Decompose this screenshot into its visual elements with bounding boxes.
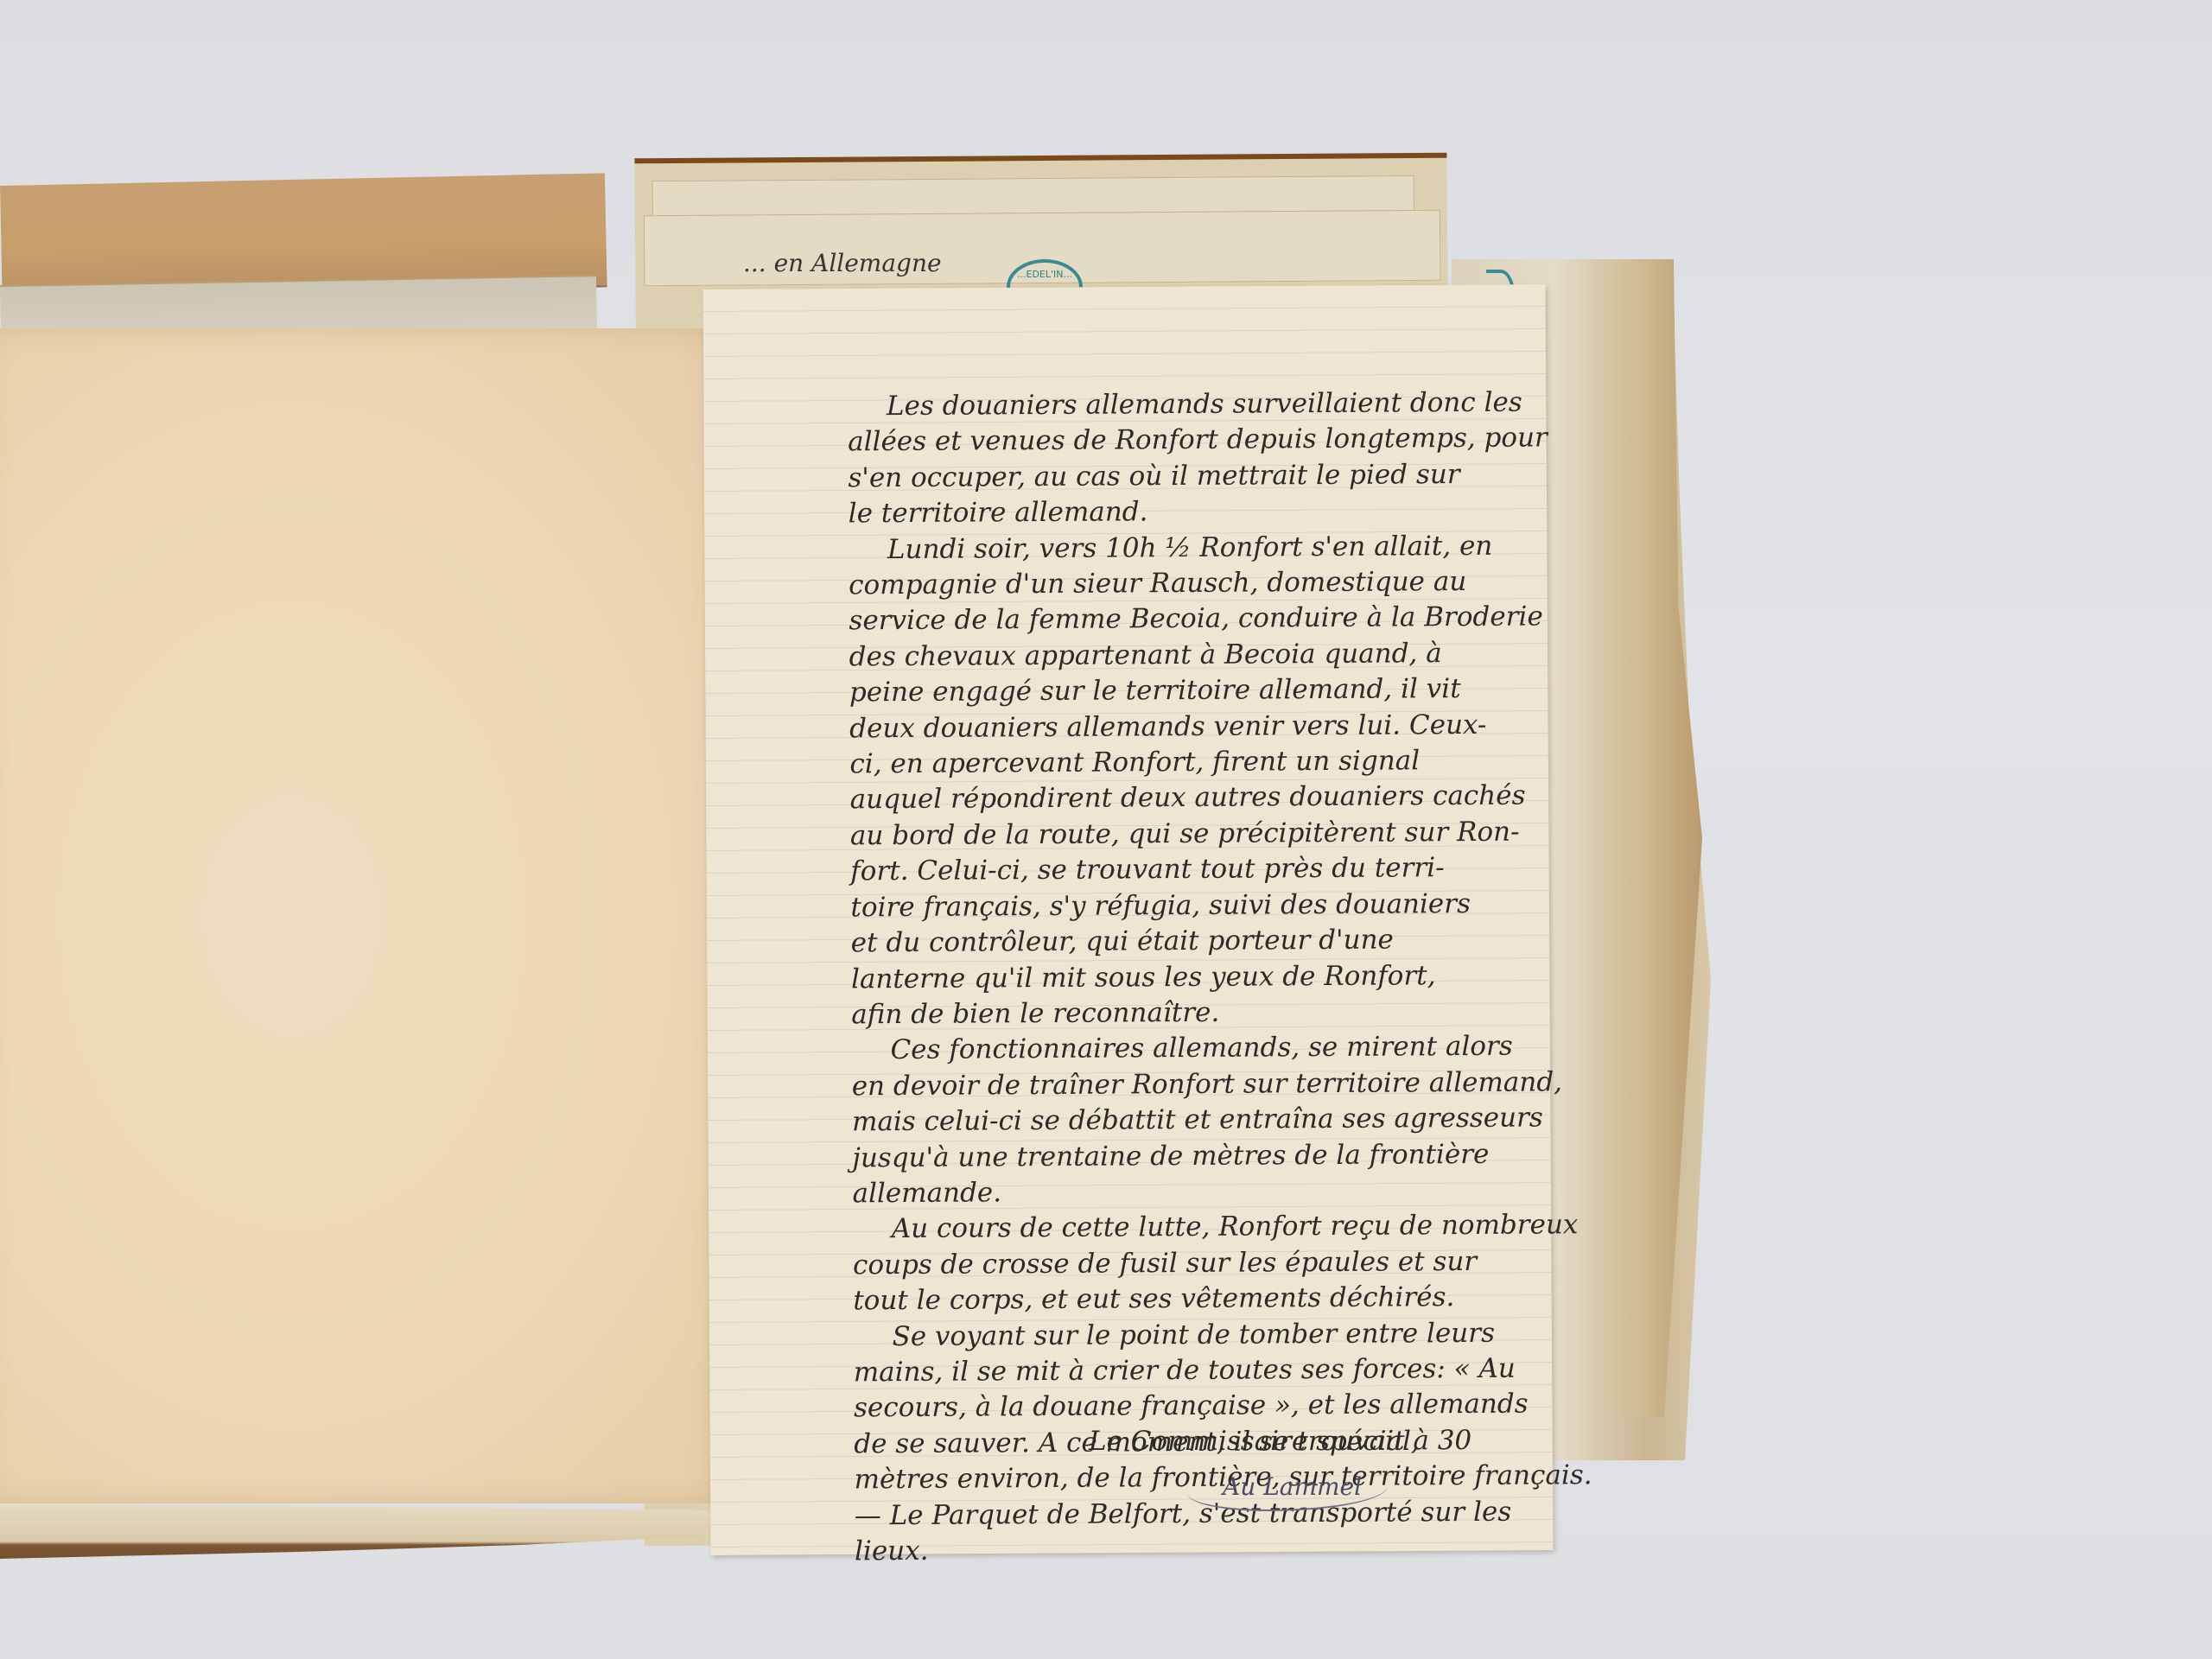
report-line: en devoir de traîner Ronfort sur territo… (852, 1065, 1526, 1104)
report-line: Lundi soir, vers 10h ½ Ronfort s'en alla… (849, 528, 1522, 568)
report-line: toire français, s'y réfugia, suivi des d… (850, 886, 1524, 925)
report-line: Les douaniers allemands surveillaient do… (848, 385, 1522, 425)
report-line: lieux. (855, 1530, 1529, 1570)
bottom-page-edges (0, 1503, 743, 1573)
report-line: coups de crosse de fusil sur les épaules… (853, 1243, 1527, 1283)
report-line: tout le corps, et eut ses vêtements déch… (853, 1280, 1527, 1319)
report-line: lanterne qu'il mit sous les yeux de Ronf… (851, 957, 1525, 997)
report-line: mais celui-ci se débattit et entraîna se… (852, 1101, 1526, 1141)
report-line: allées et venues de Ronfort depuis longt… (848, 421, 1522, 461)
report-line: le territoire allemand. (849, 493, 1522, 532)
report-body: Les douaniers allemands surveillaient do… (848, 385, 1529, 1570)
closing-title: Le Commissaire spécial, (1089, 1426, 1420, 1457)
report-line: service de la femme Becoia, conduire à l… (849, 600, 1522, 639)
report-line: allemande. (852, 1173, 1526, 1212)
behind-sheet-heading: ... en Allemagne (743, 249, 942, 277)
report-line: au bord de la route, qui se précipitèren… (850, 814, 1524, 854)
report-line: compagnie d'un sieur Rausch, domestique … (849, 564, 1522, 604)
report-line: auquel répondirent deux autres douaniers… (850, 779, 1524, 818)
left-blank-page (0, 328, 730, 1503)
report-line: s'en occuper, au cas où il mettrait le p… (848, 456, 1522, 496)
report-line: afin de bien le reconnaître. (851, 994, 1525, 1033)
report-line: Ces fonctionnaires allemands, se mirent … (851, 1029, 1525, 1069)
report-line: deux douaniers allemands venir vers lui.… (849, 707, 1523, 747)
report-line: ci, en apercevant Ronfort, firent un sig… (849, 743, 1523, 783)
report-line: des chevaux appartenant à Becoia quand, … (849, 635, 1523, 675)
report-line: et du contrôleur, qui était porteur d'un… (851, 922, 1525, 962)
report-line: Se voyant sur le point de tomber entre l… (853, 1315, 1527, 1355)
report-line: Au cours de cette lutte, Ronfort reçu de… (853, 1208, 1527, 1248)
report-line: fort. Celui-ci, se trouvant tout près du… (850, 850, 1524, 890)
report-line: mains, il se mit à crier de toutes ses f… (854, 1351, 1528, 1391)
report-line: — Le Parquet de Belfort, s'est transport… (855, 1494, 1529, 1534)
report-line: peine engagé sur le territoire allemand,… (849, 671, 1523, 711)
report-line: jusqu'à une trentaine de mètres de la fr… (852, 1136, 1526, 1176)
report-line: secours, à la douane française », et les… (854, 1387, 1528, 1427)
